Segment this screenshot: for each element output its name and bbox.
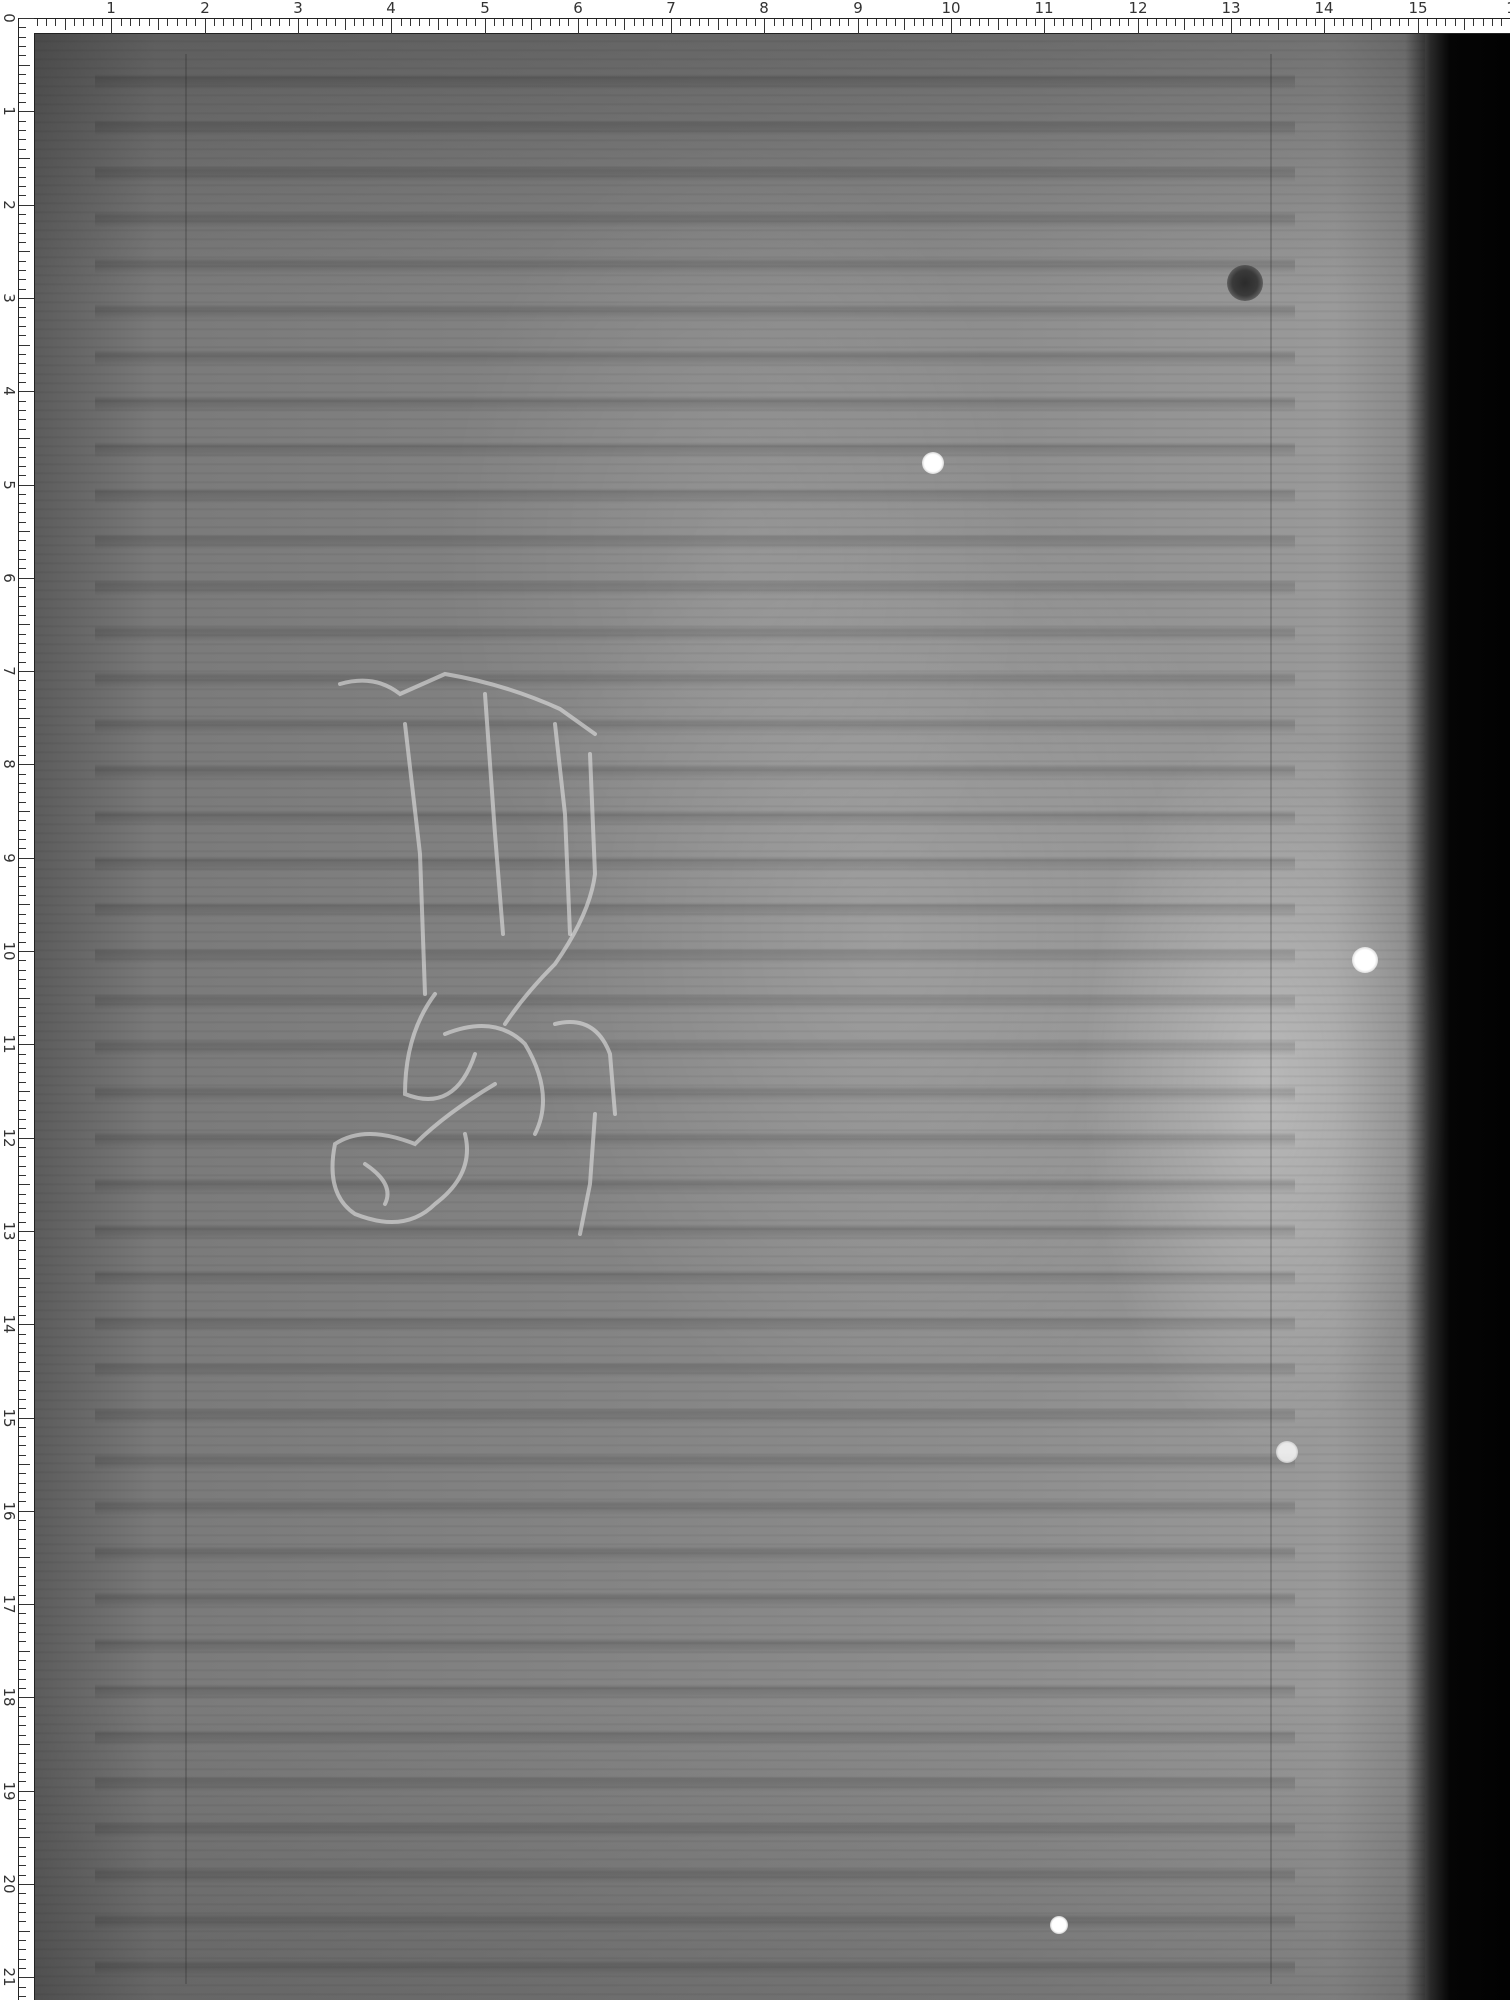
ruler-tick	[1501, 19, 1502, 26]
ruler-tick	[876, 19, 877, 26]
ruler-tick	[19, 1809, 26, 1810]
ruler-tick	[783, 19, 784, 26]
ruler-tick	[401, 19, 402, 26]
ruler-tick	[19, 914, 26, 915]
ruler-tick	[550, 19, 551, 26]
ruler-tick	[19, 783, 26, 784]
ruler-tick	[932, 19, 933, 26]
ruler-tick	[886, 19, 887, 26]
ruler-tick	[19, 65, 30, 66]
ruler-tick	[19, 1343, 26, 1344]
ruler-tick	[19, 485, 34, 486]
ruler-tick	[19, 270, 26, 271]
ruler-tick	[1483, 19, 1484, 26]
ruler-tick	[19, 1016, 26, 1017]
ruler-tick	[19, 1781, 26, 1782]
ruler-tick	[1445, 19, 1446, 26]
ruler-tick	[345, 19, 346, 30]
ruler-tick	[979, 19, 980, 26]
ruler-tick	[19, 970, 26, 971]
ruler-tick	[19, 111, 34, 112]
ruler-tick	[19, 960, 26, 961]
ruler-tick	[19, 410, 26, 411]
ruler-tick	[205, 19, 206, 34]
ruler-tick	[19, 718, 30, 719]
ruler-tick	[19, 177, 26, 178]
ruler-tick	[1082, 19, 1083, 26]
ruler-tick	[19, 578, 34, 579]
ruler-tick	[727, 19, 728, 26]
ruler-tick	[121, 19, 122, 26]
ruler-tick	[19, 1231, 34, 1232]
ruler-tick	[19, 1455, 26, 1456]
ruler-tick	[19, 1604, 34, 1605]
ruler-tick	[19, 1679, 26, 1680]
ruler-tick	[867, 19, 868, 26]
ruler-tick	[419, 19, 420, 26]
ruler-tick	[19, 195, 26, 196]
ruler-tick	[718, 19, 719, 30]
ruler-tick	[19, 1166, 26, 1167]
ruler-tick	[1184, 19, 1185, 30]
ruler-tick	[19, 1828, 26, 1829]
ruler-tick	[19, 531, 30, 532]
ruler-tick	[19, 1529, 26, 1530]
ruler-label: 7	[1, 666, 17, 676]
ruler-tick	[19, 1791, 34, 1792]
ruler-tick	[755, 19, 756, 26]
ruler-tick	[951, 19, 952, 34]
ruler-tick	[19, 1007, 26, 1008]
ruler-tick	[19, 680, 26, 681]
ruler-tick	[19, 1707, 26, 1708]
ruler-tick	[19, 764, 34, 765]
ruler-tick	[130, 19, 131, 26]
ruler-tick	[19, 466, 26, 467]
ruler-tick	[1035, 19, 1036, 26]
ruler-tick	[19, 512, 26, 513]
ruler-tick	[186, 19, 187, 26]
ruler-tick	[1371, 19, 1372, 30]
ruler-tick	[19, 1352, 26, 1353]
ruler-tick	[19, 1483, 26, 1484]
ruler-tick	[19, 391, 34, 392]
ruler-label: 5	[1, 480, 17, 490]
ruler-tick	[19, 233, 26, 234]
ruler-tick	[19, 1026, 26, 1027]
ruler-tick	[139, 19, 140, 26]
ruler-tick	[606, 19, 607, 26]
ruler-tick	[19, 1222, 26, 1223]
ruler-label: 15	[1, 1408, 17, 1427]
ruler-tick	[643, 19, 644, 26]
ruler-tick	[19, 27, 26, 28]
ruler-tick	[1054, 19, 1055, 26]
ruler-tick	[102, 19, 103, 26]
ruler-tick	[671, 19, 672, 34]
ruler-tick	[1026, 19, 1027, 26]
ruler-label: 18	[1, 1687, 17, 1706]
ruler-tick	[382, 19, 383, 26]
ruler-tick	[354, 19, 355, 26]
ruler-tick	[19, 457, 26, 458]
ruler-tick	[19, 802, 26, 803]
ruler-tick	[19, 354, 26, 355]
ruler-tick	[233, 19, 234, 26]
ruler-tick	[93, 19, 94, 26]
ruler-tick	[410, 19, 411, 26]
ruler-tick	[429, 19, 430, 26]
ruler-tick	[19, 93, 26, 94]
ruler-tick	[83, 19, 84, 26]
ruler-tick	[19, 1875, 26, 1876]
ruler-tick	[335, 19, 336, 26]
ruler-tick	[19, 1324, 34, 1325]
ruler-tick	[149, 19, 150, 26]
ruler-tick	[19, 895, 26, 896]
ruler-tick	[1072, 19, 1073, 26]
ruler-left-frame	[18, 18, 19, 2000]
ruler-tick	[19, 1856, 26, 1857]
ruler-tick	[1268, 19, 1269, 26]
ruler-tick	[19, 447, 26, 448]
ruler-label: 17	[1, 1594, 17, 1613]
ruler-tick	[848, 19, 849, 26]
ruler-tick	[1418, 19, 1419, 34]
ruler-tick	[19, 1800, 26, 1801]
ruler-tick	[19, 1399, 26, 1400]
ruler-tick	[19, 1268, 26, 1269]
ruler-tick	[19, 1697, 34, 1698]
ruler-label: 4	[386, 0, 396, 16]
ruler-tick	[19, 298, 34, 299]
ruler-tick	[19, 858, 34, 859]
ruler-tick	[19, 540, 26, 541]
ruler-tick	[1408, 19, 1409, 26]
ruler-tick	[1194, 19, 1195, 26]
ruler-tick	[1436, 19, 1437, 26]
ruler-tick	[19, 746, 26, 747]
ruler-tick	[960, 19, 961, 26]
ruler-tick	[19, 1259, 26, 1260]
ruler-tick	[19, 568, 26, 569]
ruler-tick	[158, 19, 159, 30]
ruler-tick	[858, 19, 859, 34]
ruler-tick	[19, 279, 26, 280]
ruler-tick	[19, 223, 26, 224]
ruler-tick	[214, 19, 215, 26]
ruler-tick	[19, 634, 26, 635]
bright-spot	[1276, 1441, 1298, 1463]
ruler-tick	[466, 19, 467, 26]
ruler-tick	[19, 988, 26, 989]
ruler-tick	[19, 1100, 26, 1101]
ruler-tick	[46, 19, 47, 26]
bright-spot	[1050, 1916, 1068, 1934]
ruler-tick	[1110, 19, 1111, 26]
ruler-tick	[19, 1175, 26, 1176]
ruler-tick	[19, 699, 26, 700]
ruler-tick	[652, 19, 653, 26]
ruler-tick	[19, 1250, 26, 1251]
ruler-tick	[1278, 19, 1279, 30]
ruler-tick	[373, 19, 374, 26]
ruler-tick	[19, 1063, 26, 1064]
ruler-tick	[634, 19, 635, 26]
ruler-tick	[19, 839, 26, 840]
watermark-outline	[35, 34, 1425, 2000]
ruler-label: 9	[853, 0, 863, 16]
ruler-label: 6	[573, 0, 583, 16]
ruler-tick	[1464, 19, 1465, 30]
ruler-tick	[19, 1651, 30, 1652]
ruler-tick	[270, 19, 271, 26]
ruler-tick	[1287, 19, 1288, 26]
ruler-label: 14	[1314, 0, 1333, 16]
ruler-tick	[19, 1725, 26, 1726]
ruler-tick	[251, 19, 252, 30]
ruler-tick	[1128, 19, 1129, 26]
ruler-tick	[19, 1520, 26, 1521]
ruler-label: 9	[1, 853, 17, 863]
ruler-tick	[19, 1977, 34, 1978]
ruler-tick	[19, 1035, 26, 1036]
ruler-tick	[19, 1408, 26, 1409]
ruler-tick	[662, 19, 663, 26]
bright-spot	[922, 452, 944, 474]
ruler-tick	[19, 1837, 30, 1838]
ruler-tick	[19, 1091, 30, 1092]
ruler-tick	[1259, 19, 1260, 26]
ruler-tick	[19, 18, 34, 19]
ruler-tick	[19, 251, 30, 252]
ruler-tick	[699, 19, 700, 26]
ruler-tick	[19, 1847, 26, 1848]
ruler-tick	[1016, 19, 1017, 26]
ruler-tick	[1250, 19, 1251, 26]
ruler-tick	[19, 1772, 26, 1773]
ruler-tick	[19, 932, 26, 933]
ruler-tick	[261, 19, 262, 26]
ruler-tick	[19, 979, 26, 980]
ruler-tick	[19, 345, 30, 346]
ruler-tick	[19, 1184, 30, 1185]
ruler-tick	[764, 19, 765, 34]
ruler-label: 10	[1, 941, 17, 960]
ruler-tick	[19, 130, 26, 131]
ruler-tick	[19, 1613, 26, 1614]
ruler-tick	[1380, 19, 1381, 26]
ruler-tick	[438, 19, 439, 30]
ruler-tick	[279, 19, 280, 26]
ruler-tick	[830, 19, 831, 26]
ruler-tick	[19, 1557, 30, 1558]
ruler-tick	[19, 708, 26, 709]
ruler-tick	[19, 1212, 26, 1213]
ruler-label: 1	[1506, 0, 1510, 16]
ruler-tick	[289, 19, 290, 26]
ruler-label: 8	[1, 759, 17, 769]
ruler-tick	[19, 83, 26, 84]
ruler-tick	[1296, 19, 1297, 26]
ruler-tick	[19, 1418, 34, 1419]
ruler-tick	[19, 382, 26, 383]
ruler-tick	[578, 19, 579, 34]
ruler-top: 01234567891011121314151	[0, 0, 1510, 34]
ruler-label: 20	[1, 1874, 17, 1893]
ruler-tick	[774, 19, 775, 26]
ruler-tick	[317, 19, 318, 26]
ruler-tick	[1324, 19, 1325, 34]
ruler-label: 11	[1, 1034, 17, 1053]
ruler-tick	[998, 19, 999, 30]
ruler-tick	[111, 19, 112, 34]
ruler-tick	[19, 1203, 26, 1204]
ruler-tick	[680, 19, 681, 26]
ruler-label: 12	[1128, 0, 1147, 16]
ruler-tick	[19, 1753, 26, 1754]
ruler-tick	[1044, 19, 1045, 34]
ruler-tick	[19, 830, 26, 831]
ruler-tick	[811, 19, 812, 30]
ruler-tick	[1091, 19, 1092, 30]
ruler-tick	[19, 1492, 26, 1493]
ruler-tick	[19, 1194, 26, 1195]
ruler-tick	[1156, 19, 1157, 26]
ruler-tick	[19, 1744, 30, 1745]
ruler-tick	[1007, 19, 1008, 26]
ruler-tick	[19, 429, 26, 430]
ruler-tick	[19, 942, 26, 943]
ruler-tick	[19, 811, 30, 812]
ruler-tick	[19, 1147, 26, 1148]
ruler-tick	[19, 1763, 26, 1764]
ruler-tick	[177, 19, 178, 26]
ruler-tick	[1343, 19, 1344, 26]
ruler-tick	[1492, 19, 1493, 26]
ruler-tick	[19, 289, 26, 290]
ruler-tick	[19, 792, 26, 793]
ruler-label: 1	[1, 106, 17, 116]
ruler-tick	[839, 19, 840, 26]
ruler-tick	[65, 19, 66, 30]
ruler-tick	[1362, 19, 1363, 26]
ruler-tick	[167, 19, 168, 26]
ruler-tick	[19, 1921, 26, 1922]
ruler-tick	[19, 1996, 26, 1997]
ruler-tick	[19, 652, 26, 653]
ruler-tick	[19, 1334, 26, 1335]
ruler-tick	[1119, 19, 1120, 26]
ruler-tick	[19, 1819, 26, 1820]
ruler-tick	[326, 19, 327, 26]
ruler-tick	[19, 373, 26, 374]
ruler-tick	[19, 307, 26, 308]
ruler-tick	[19, 1511, 34, 1512]
ruler-label: 6	[1, 573, 17, 583]
ruler-tick	[19, 1315, 26, 1316]
ruler-tick	[820, 19, 821, 26]
ruler-tick	[19, 1436, 26, 1437]
ruler-tick	[19, 1138, 34, 1139]
ruler-tick	[568, 19, 569, 26]
ruler-label: 16	[1, 1501, 17, 1520]
ruler-tick	[19, 886, 26, 887]
ruler-tick	[19, 587, 26, 588]
ruler-tick	[988, 19, 989, 26]
ruler-tick	[1455, 19, 1456, 26]
ruler-tick	[624, 19, 625, 30]
ruler-tick	[19, 1959, 26, 1960]
ruler-tick	[736, 19, 737, 26]
ruler-tick	[19, 317, 26, 318]
ruler-tick	[19, 335, 26, 336]
ruler-tick	[19, 1595, 26, 1596]
ruler-label: 8	[759, 0, 769, 16]
ruler-tick	[1203, 19, 1204, 26]
ruler-tick	[19, 1464, 30, 1465]
ruler-tick	[19, 848, 26, 849]
ruler-tick	[19, 1865, 26, 1866]
ruler-tick	[895, 19, 896, 26]
ruler-tick	[746, 19, 747, 26]
ruler-tick	[1222, 19, 1223, 26]
ruler-tick	[1240, 19, 1241, 26]
ruler-tick	[19, 1912, 26, 1913]
ruler-tick	[914, 19, 915, 26]
ruler-tick	[19, 1082, 26, 1083]
ruler-tick	[1212, 19, 1213, 26]
ruler-tick	[37, 19, 38, 26]
ruler-tick	[19, 820, 26, 821]
ink-blot	[1227, 265, 1263, 301]
ruler-tick	[19, 1669, 26, 1670]
ruler-tick	[19, 1473, 26, 1474]
ruler-tick	[19, 1362, 26, 1363]
ruler-label: 7	[666, 0, 676, 16]
ruler-label: 15	[1408, 0, 1427, 16]
ruler-tick	[19, 475, 26, 476]
ruler-tick	[1175, 19, 1176, 26]
ruler-label: 21	[1, 1967, 17, 1986]
ruler-tick	[19, 1903, 26, 1904]
ruler-tick	[19, 755, 26, 756]
ruler-tick	[802, 19, 803, 26]
ruler-tick	[1390, 19, 1391, 26]
ruler-tick	[19, 326, 26, 327]
ruler-tick	[1100, 19, 1101, 26]
ruler-tick	[19, 46, 26, 47]
ruler-tick	[195, 19, 196, 26]
ruler-tick	[223, 19, 224, 26]
ruler-tick	[503, 19, 504, 26]
ruler-tick	[690, 19, 691, 26]
ruler-tick	[19, 1240, 26, 1241]
ruler-tick	[19, 615, 26, 616]
ruler-tick	[19, 1287, 26, 1288]
ruler-tick	[19, 1893, 26, 1894]
ruler-tick	[19, 923, 26, 924]
ruler-label: 13	[1221, 0, 1240, 16]
ruler-tick	[19, 1660, 26, 1661]
ruler-tick	[19, 522, 26, 523]
ruler-label: 5	[480, 0, 490, 16]
ruler-tick	[19, 503, 26, 504]
manuscript-scan	[35, 34, 1510, 2000]
ruler-label: 2	[200, 0, 210, 16]
ruler-tick	[19, 1044, 34, 1045]
ruler-tick	[19, 1716, 26, 1717]
